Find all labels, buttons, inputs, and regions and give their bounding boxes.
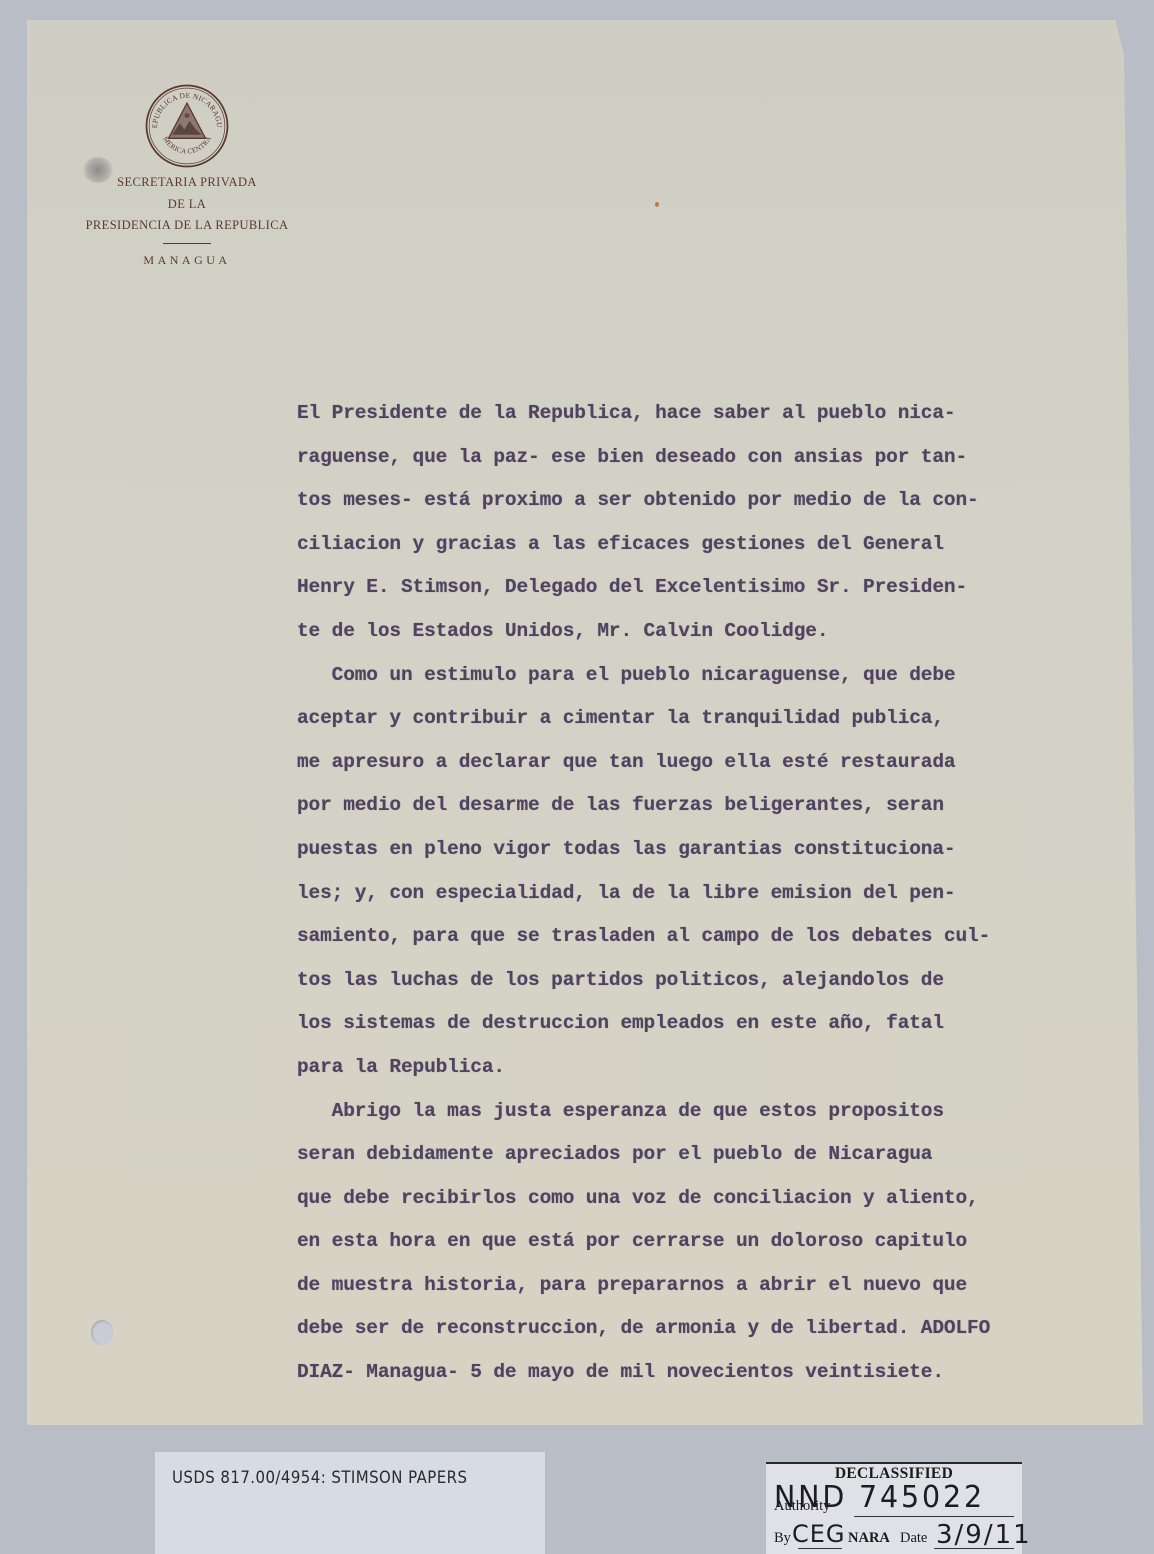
statement-line: samiento, para que se trasladen al campo… xyxy=(297,915,1097,959)
statement-line: tos meses- está proximo a ser obtenido p… xyxy=(297,479,1097,523)
statement-line: ciliacion y gracias a las eficaces gesti… xyxy=(297,523,1097,567)
statement-line: los sistemas de destruccion empleados en… xyxy=(297,1002,1097,1046)
statement-line: en esta hora en que está por cerrarse un… xyxy=(297,1220,1097,1264)
date-value: 3/9/11 xyxy=(936,1520,1032,1550)
typewritten-statement: El Presidente de la Republica, hace sabe… xyxy=(297,392,1097,1395)
nicaragua-seal-icon: REPUBLICA DE NICARAGUA AMERICA CENTRAL xyxy=(143,82,231,170)
reference-note-text: USDS 817.00/4954: STIMSON PAPERS xyxy=(172,1468,467,1488)
reference-note-tag: USDS 817.00/4954: STIMSON PAPERS xyxy=(155,1452,545,1554)
statement-line: Abrigo la mas justa esperanza de que est… xyxy=(297,1090,1097,1134)
statement-line: DIAZ- Managua- 5 de mayo de mil novecien… xyxy=(297,1351,1097,1395)
declassification-stamp: DECLASSIFIED Authority NND 745022 By CEG… xyxy=(766,1462,1022,1554)
by-value: CEG xyxy=(792,1520,846,1548)
statement-line: tos las luchas de los partidos politicos… xyxy=(297,959,1097,1003)
statement-line: puestas en pleno vigor todas las garanti… xyxy=(297,828,1097,872)
document-page: REPUBLICA DE NICARAGUA AMERICA CENTRAL S… xyxy=(27,20,1143,1425)
paper-speck xyxy=(711,1432,714,1436)
by-label: By xyxy=(774,1530,791,1547)
letterhead-line-2: DE LA xyxy=(79,194,295,216)
statement-line: aceptar y contribuir a cimentar la tranq… xyxy=(297,697,1097,741)
letterhead-city: MANAGUA xyxy=(79,252,295,268)
statement-line: El Presidente de la Republica, hace sabe… xyxy=(297,392,1097,436)
letterhead-line-3: PRESIDENCIA DE LA REPUBLICA xyxy=(79,215,295,237)
statement-line: raguense, que la paz- ese bien deseado c… xyxy=(297,436,1097,480)
authority-value: NND 745022 xyxy=(774,1480,985,1515)
by-underline xyxy=(798,1548,842,1549)
statement-line: Como un estimulo para el pueblo nicaragu… xyxy=(297,654,1097,698)
statement-line: te de los Estados Unidos, Mr. Calvin Coo… xyxy=(297,610,1097,654)
statement-line: por medio del desarme de las fuerzas bel… xyxy=(297,784,1097,828)
agency-label: NARA xyxy=(848,1530,890,1547)
paper-speck xyxy=(655,202,659,207)
punch-hole xyxy=(91,1320,113,1345)
statement-line: Henry E. Stimson, Delegado del Excelenti… xyxy=(297,566,1097,610)
statement-line: para la Republica. xyxy=(297,1046,1097,1090)
statement-line: me apresuro a declarar que tan luego ell… xyxy=(297,741,1097,785)
authority-underline xyxy=(854,1516,1014,1517)
letterhead-divider xyxy=(163,243,211,244)
statement-line: seran debidamente apreciados por el pueb… xyxy=(297,1133,1097,1177)
statement-line: que debe recibirlos como una voz de conc… xyxy=(297,1177,1097,1221)
ink-smudge xyxy=(83,157,113,183)
statement-line: les; y, con especialidad, la de la libre… xyxy=(297,872,1097,916)
date-label: Date xyxy=(900,1530,927,1547)
statement-line: de muestra historia, para prepararnos a … xyxy=(297,1264,1097,1308)
statement-line: debe ser de reconstruccion, de armonia y… xyxy=(297,1307,1097,1351)
